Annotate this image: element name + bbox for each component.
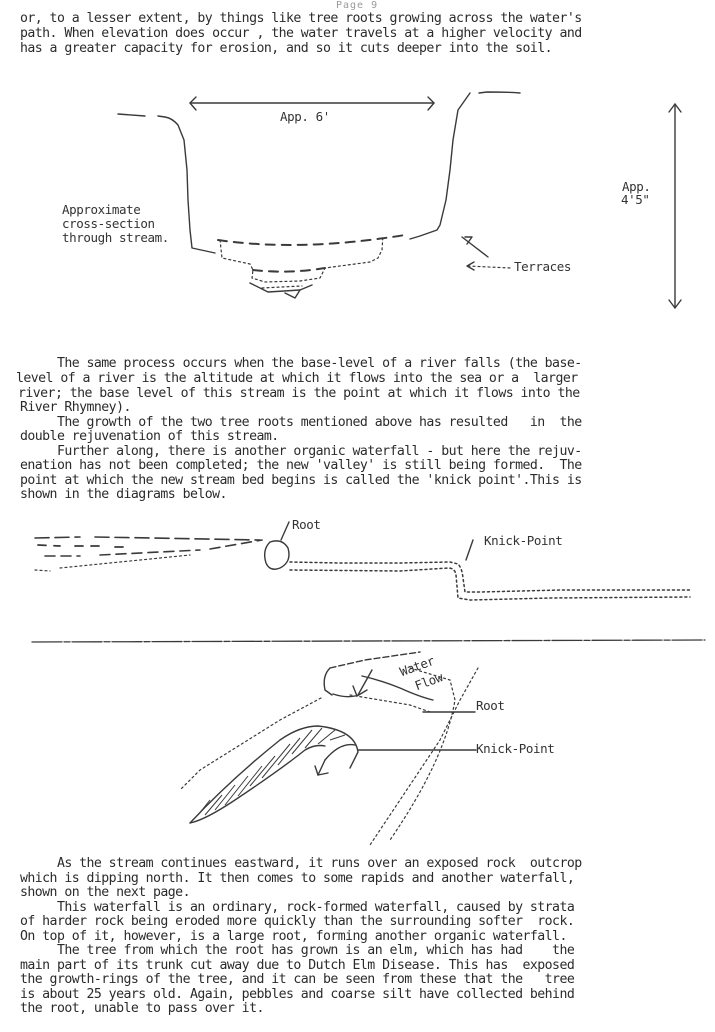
text-line: shown on the next page. [20, 886, 710, 901]
text-line: the growth-rings of the tree, and it can… [20, 973, 710, 988]
text-line: the root, unable to pass over it. [20, 1002, 710, 1017]
text-line: of harder rock being eroded more quickly… [20, 915, 710, 930]
text-line: As the stream continues eastward, it run… [20, 857, 710, 872]
text-line: The tree from which the root has grown i… [20, 944, 710, 959]
root-label: Root [476, 699, 505, 713]
knick-point-label: Knick-Point [476, 742, 554, 756]
